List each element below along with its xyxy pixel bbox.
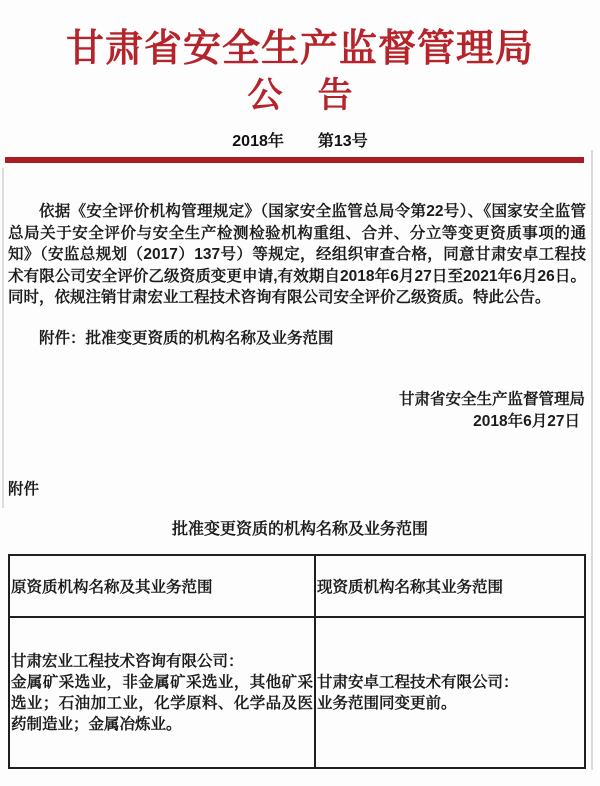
scan-edge-left: [2, 168, 4, 508]
table-header-new: 现资质机构名称其业务范围: [315, 555, 585, 617]
issue-line: 2018年第13号: [0, 128, 600, 151]
new-org-name: 甘肃安卓工程技术有限公司：: [317, 672, 583, 693]
new-org-scope: 业务范围同变更前。: [317, 693, 583, 714]
scan-edge-right: [591, 150, 593, 770]
table-header-row: 原资质机构名称及其业务范围 现资质机构名称其业务范围: [9, 555, 585, 617]
table-cell-old: 甘肃宏业工程技术咨询有限公司： 金属矿采选业，非金属矿采选业，其他矿采选业；石油…: [9, 617, 315, 768]
table-cell-new: 甘肃安卓工程技术有限公司： 业务范围同变更前。: [315, 617, 585, 768]
signature-org: 甘肃省安全生产监督管理局: [0, 389, 585, 411]
agency-title: 甘肃省安全生产监督管理局: [0, 26, 600, 72]
old-org-name: 甘肃宏业工程技术咨询有限公司：: [11, 651, 313, 672]
old-org-scope: 金属矿采选业，非金属矿采选业，其他矿采选业；石油加工业，化学原料、化学品及医药制…: [11, 672, 313, 735]
issue-year: 2018年: [232, 133, 284, 150]
announcement-paragraph: 依据《安全评价机构管理规定》（国家安全监管总局令第22号）、《国家安全监管总局关…: [8, 201, 586, 309]
red-divider-rule: [5, 157, 584, 163]
resquals-change-table: 原资质机构名称及其业务范围 现资质机构名称其业务范围 甘肃宏业工程技术咨询有限公…: [8, 554, 586, 769]
table-header-old: 原资质机构名称及其业务范围: [9, 555, 315, 617]
attachment-label: 附件: [8, 477, 600, 499]
signature-block: 甘肃省安全生产监督管理局 2018年6月27日: [0, 389, 600, 433]
attachment-note: 附件：批准变更资质的机构名称及业务范围: [8, 328, 586, 350]
issue-number: 第13号: [318, 133, 368, 150]
table-row: 甘肃宏业工程技术咨询有限公司： 金属矿采选业，非金属矿采选业，其他矿采选业；石油…: [9, 617, 585, 768]
announcement-page: 甘肃省安全生产监督管理局 公 告 2018年第13号 依据《安全评价机构管理规定…: [0, 0, 600, 786]
attachment-table-title: 批准变更资质的机构名称及业务范围: [0, 516, 600, 539]
signature-date: 2018年6月27日: [0, 411, 580, 433]
announcement-title: 公 告: [0, 76, 600, 116]
